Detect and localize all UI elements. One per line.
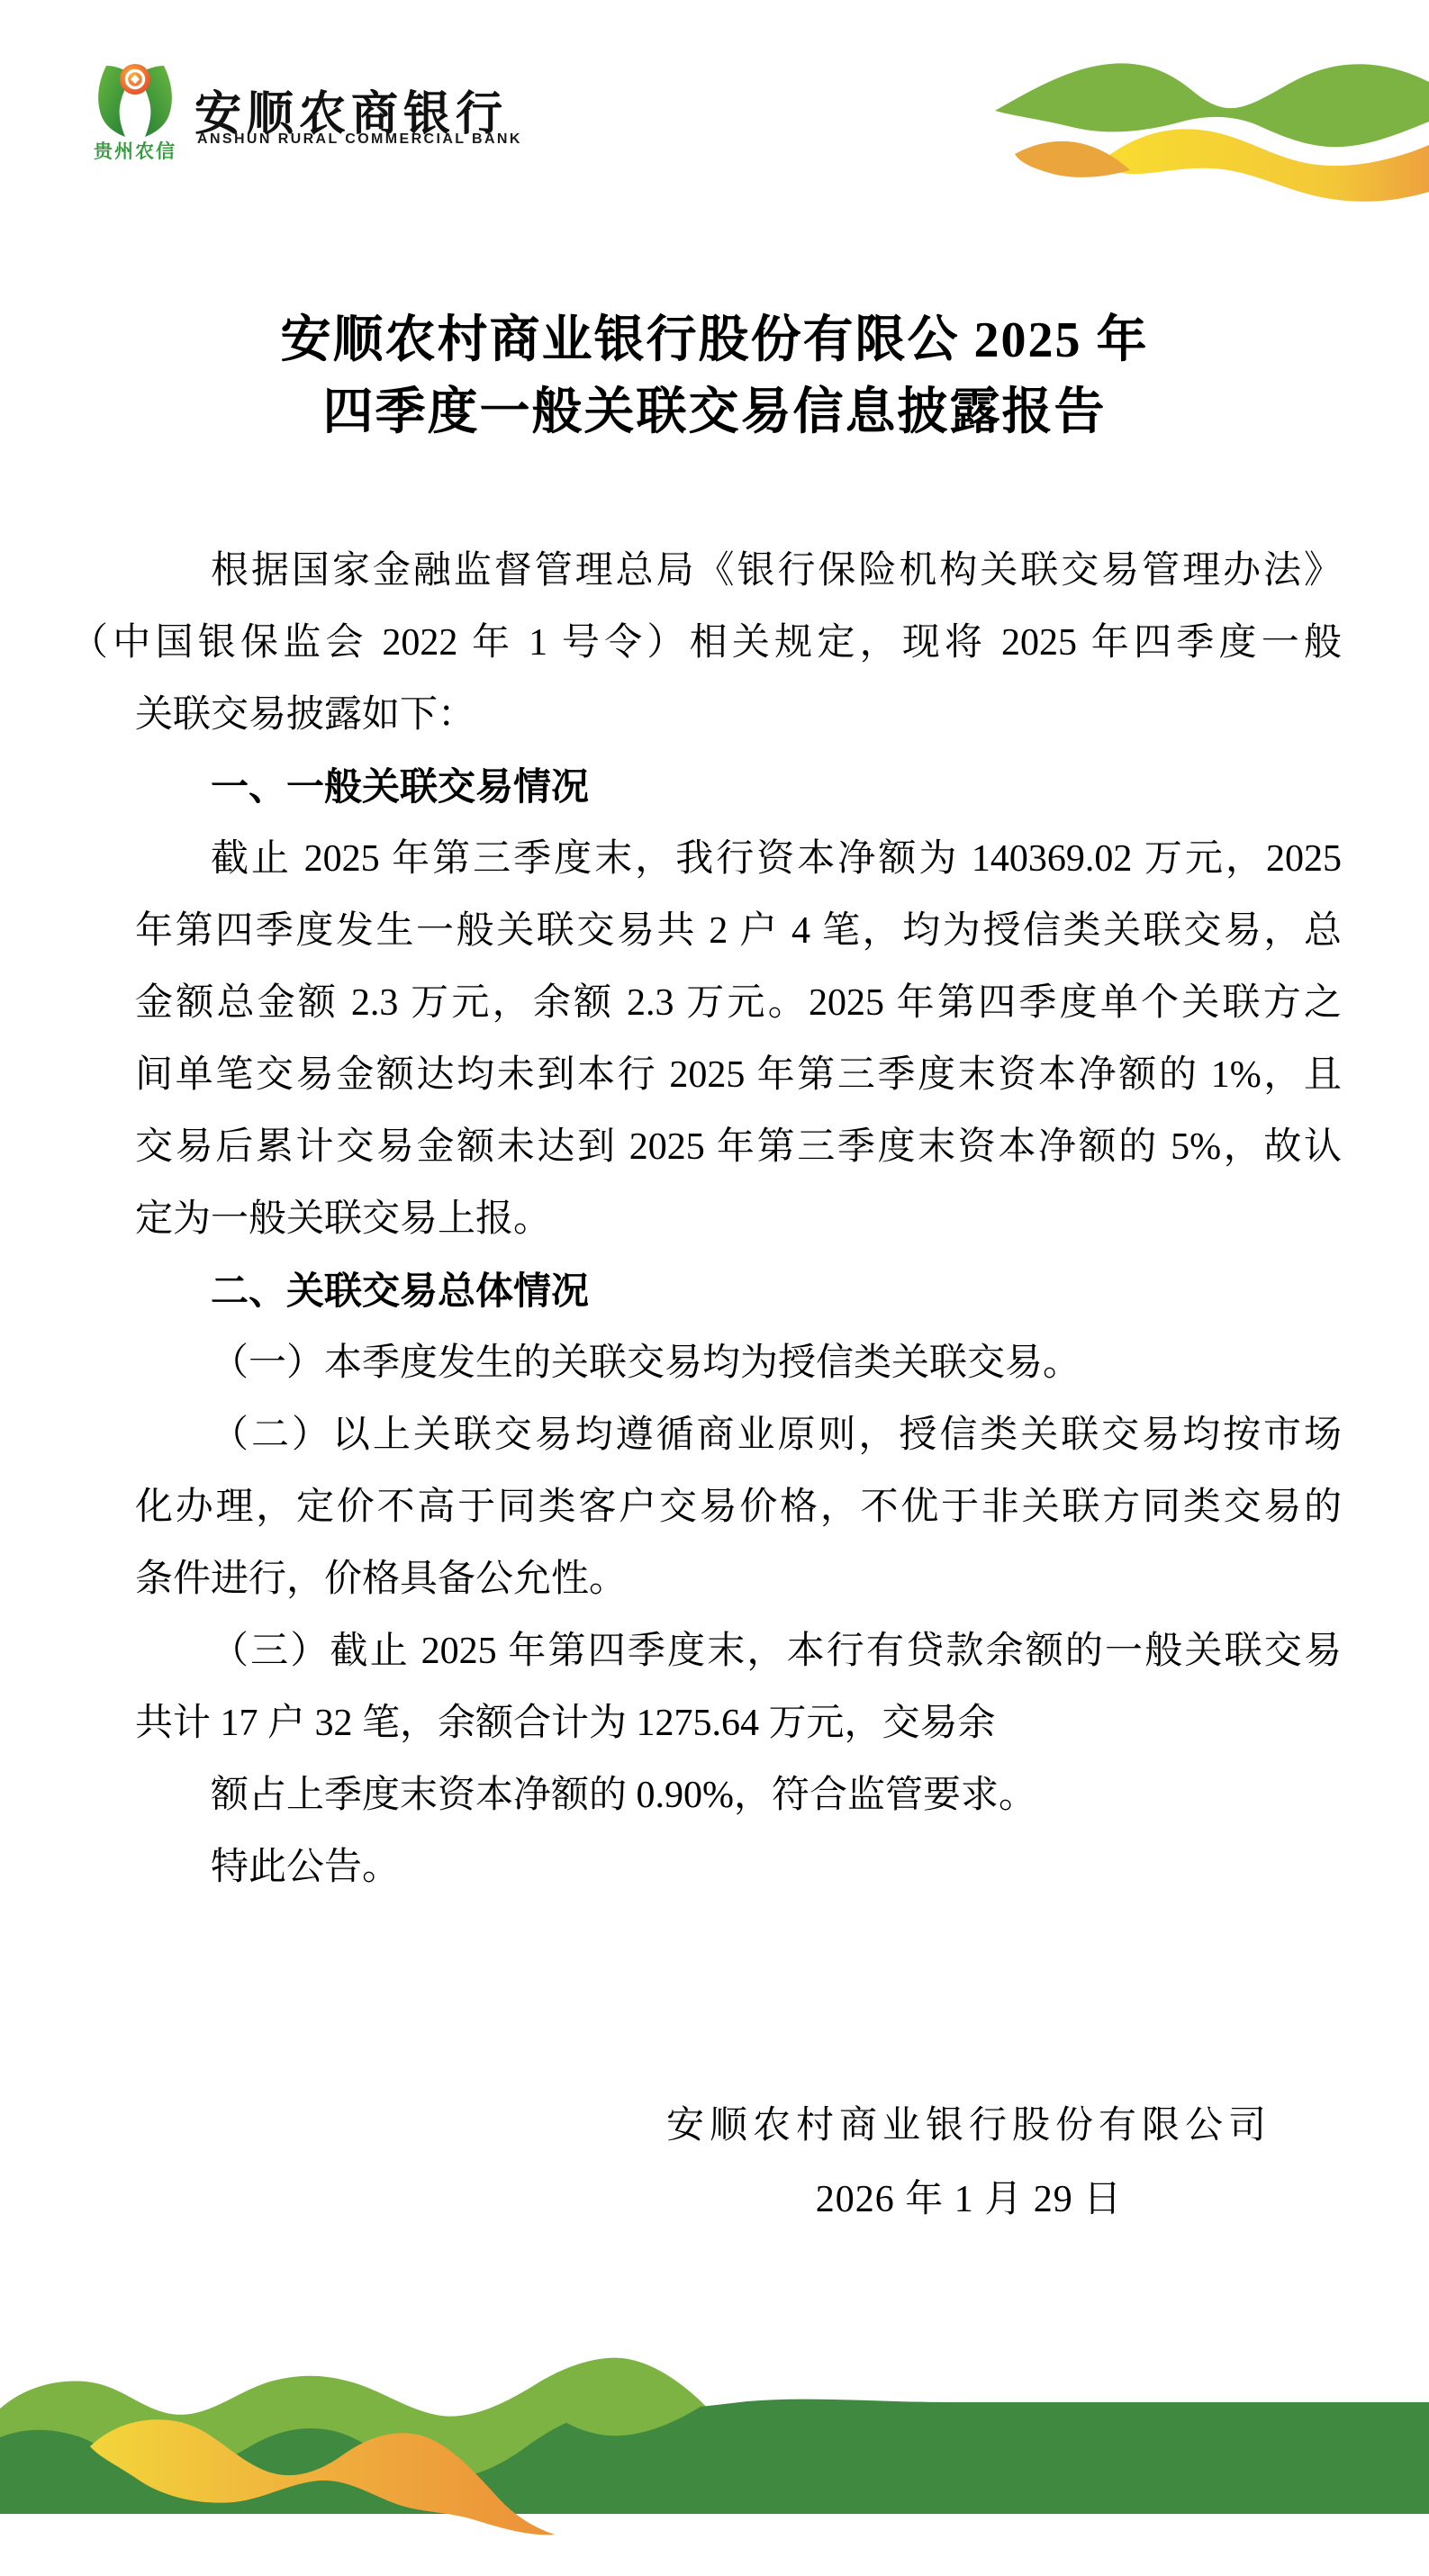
section-heading: 一、一般关联交易情况 [135,751,1342,823]
body-line: 根据国家金融监督管理总局《银行保险机构关联交易管理办法》 [135,535,1342,607]
bank-name-en: ANSHUN RURAL COMMERCIAL BANK [197,131,522,148]
header-wave-decoration-icon [968,32,1429,203]
body-line: 关联交易披露如下： [135,679,1342,751]
body-line: 交易后累计交易金额未达到 2025 年第三季度末资本净额的 5%，故认 [135,1111,1342,1183]
signature-block: 安顺农村商业银行股份有限公司 2026 年 1 月 29 日 [594,2089,1343,2237]
section-heading: 二、关联交易总体情况 [135,1255,1342,1327]
body-line: 特此公告。 [135,1831,1342,1903]
body-line: 间单笔交易金额达均未到本行 2025 年第三季度末资本净额的 1%，且 [135,1039,1342,1111]
report-title-line2: 四季度一般关联交易信息披露报告 [0,376,1429,448]
report-title-line1: 安顺农村商业银行股份有限公 2025 年 [0,304,1429,376]
signature-date: 2026 年 1 月 29 日 [594,2163,1343,2237]
report-title: 安顺农村商业银行股份有限公 2025 年 四季度一般关联交易信息披露报告 [0,304,1429,448]
body-line: （三）截止 2025 年第四季度末，本行有贷款余额的一般关联交易 [135,1615,1342,1687]
body-line: 额占上季度末资本净额的 0.90%，符合监管要求。 [135,1759,1342,1831]
body-line: （一）本季度发生的关联交易均为授信类关联交易。 [135,1327,1342,1399]
body-line: 金额总金额 2.3 万元，余额 2.3 万元。2025 年第四季度单个关联方之 [135,967,1342,1039]
footer-wave-decoration-icon [0,2336,1429,2576]
body-line: （二）以上关联交易均遵循商业原则，授信类关联交易均按市场 [135,1399,1342,1471]
body-line: 定为一般关联交易上报。 [135,1183,1342,1255]
body-line: 化办理，定价不高于同类客户交易价格，不优于非关联方同类交易的 [135,1471,1342,1543]
body-line: 共计 17 户 32 笔，余额合计为 1275.64 万元，交易余 [135,1687,1342,1759]
body-line: 条件进行，价格具备公允性。 [135,1543,1342,1615]
bank-logo-emblem-icon [94,58,176,139]
body-line: 截止 2025 年第三季度末，我行资本净额为 140369.02 万元，2025 [135,823,1342,895]
body-line: 年第四季度发生一般关联交易共 2 户 4 笔，均为授信类关联交易，总 [135,895,1342,967]
signature-company: 安顺农村商业银行股份有限公司 [594,2089,1343,2163]
document-body: 根据国家金融监督管理总局《银行保险机构关联交易管理办法》 （中国银保监会 202… [135,535,1342,1903]
body-line: （中国银保监会 2022 年 1 号令）相关规定，现将 2025 年四季度一般 [70,607,1342,679]
document-page: 贵州农信 安顺农商银行 ANSHUN RURAL COMMERCIAL BANK… [0,0,1429,2576]
credit-union-label: 贵州农信 [90,137,180,164]
